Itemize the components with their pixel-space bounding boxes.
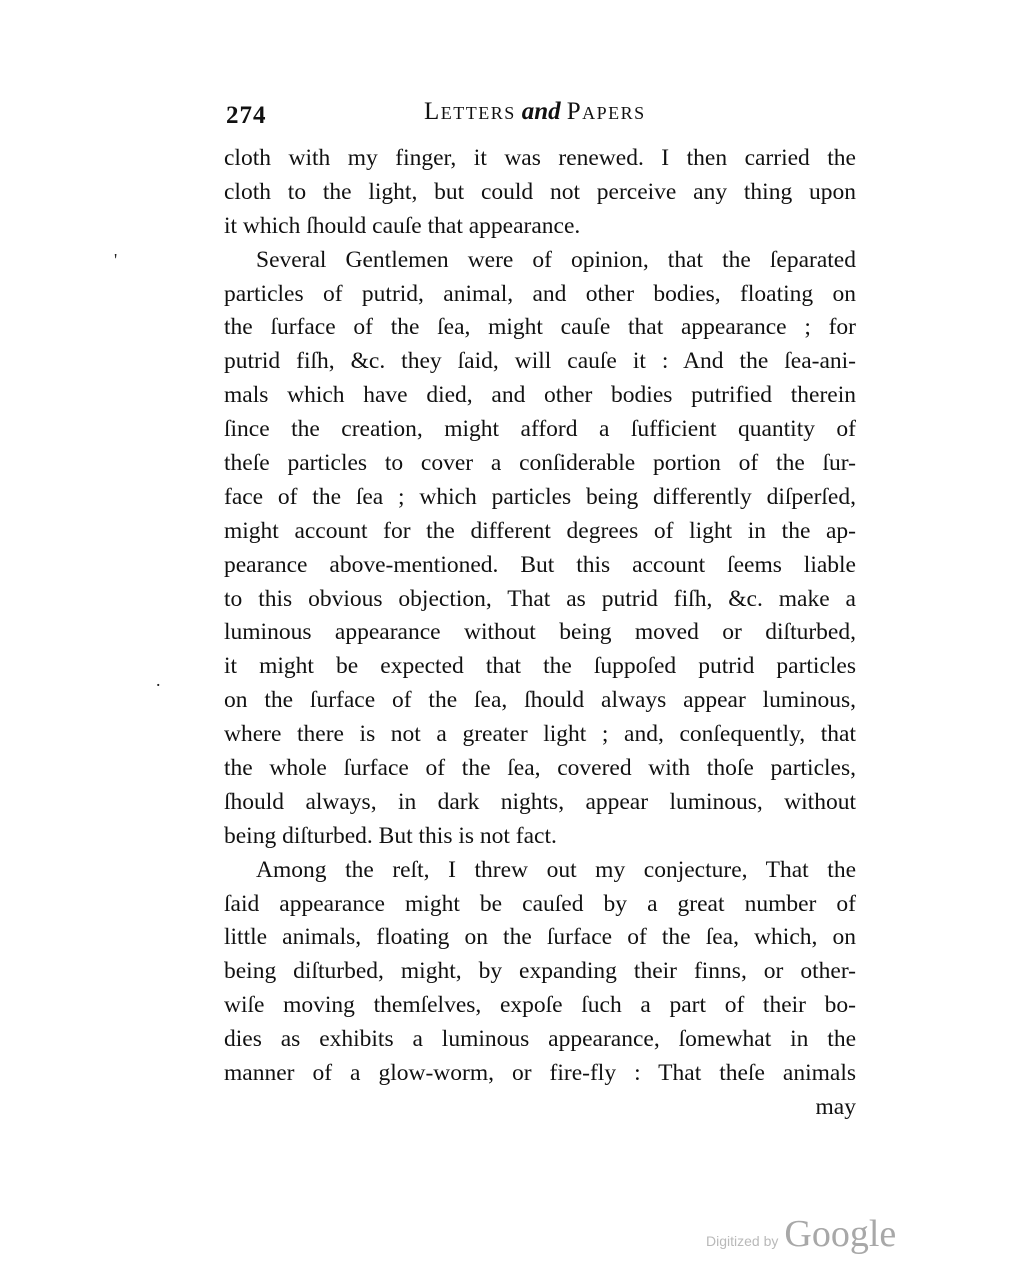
text-line: cloth to the light, but could not percei… [224,176,856,210]
text-line: dies as exhibits a luminous appearance, … [224,1023,856,1057]
page-number: 274 [226,102,267,130]
text-line: might account for the different degrees … [224,515,856,549]
running-head: 274 LettersandPapers [226,98,856,134]
running-title-part2: Papers [567,98,646,125]
text-line: ſaid appearance might be cauſed by a gre… [224,888,856,922]
text-line: the ſurface of the ſea, might cauſe that… [224,311,856,345]
text-line: being diſturbed. But this is not fact. [224,820,856,854]
margin-mark: ' [114,250,117,271]
text-line: ſhould always, in dark nights, appear lu… [224,786,856,820]
text-line: manner of a glow-worm, or fire-fly : Tha… [224,1057,856,1091]
text-line: Several Gentlemen were of opinion, that … [224,244,856,278]
running-title-part1: Letters [424,98,516,125]
paragraph-several-gentlemen: Several Gentlemen were of opinion, that … [224,244,856,854]
text-line: luminous appearance without being moved … [224,616,856,650]
google-logo-text: Google [784,1213,896,1255]
text-line: pearance above-mentioned. But this accou… [224,549,856,583]
text-line: mals which have died, and other bodies p… [224,379,856,413]
text-line: it which ſhould cauſe that appearance. [224,210,856,244]
text-line: it might be expected that the ſuppoſed p… [224,650,856,684]
text-line: little animals, floating on the ſurface … [224,921,856,955]
text-line: theſe particles to cover a conſiderable … [224,447,856,481]
scanned-book-page: 274 LettersandPapers ' . cloth with my f… [0,0,1014,1282]
text-line: putrid fiſh, &c. they ſaid, will cauſe i… [224,345,856,379]
digitized-by-google-watermark: Digitized by Google [706,1212,896,1256]
paragraph-continued: cloth with my finger, it was renewed. I … [224,142,856,244]
running-title-conjunction: and [522,98,561,125]
body-text: cloth with my finger, it was renewed. I … [224,142,856,1125]
text-line: cloth with my finger, it was renewed. I … [224,142,856,176]
watermark-prefix: Digitized by [706,1233,778,1249]
text-line: Among the reſt, I threw out my conjectur… [224,854,856,888]
text-line: wiſe moving themſelves, expoſe ſuch a pa… [224,989,856,1023]
text-line: being diſturbed, might, by expanding the… [224,955,856,989]
margin-mark: . [156,670,161,691]
text-line: where there is not a greater light ; and… [224,718,856,752]
paragraph-among-the-rest: Among the reſt, I threw out my conjectur… [224,854,856,1091]
running-title: LettersandPapers [424,98,646,126]
text-line: particles of putrid, animal, and other b… [224,278,856,312]
text-line: face of the ſea ; which particles being … [224,481,856,515]
text-line: ſince the creation, might afford a ſuffi… [224,413,856,447]
text-line: to this obvious objection, That as putri… [224,583,856,617]
text-line: on the ſurface of the ſea, ſhould always… [224,684,856,718]
text-line: the whole ſurface of the ſea, covered wi… [224,752,856,786]
catchword: may [224,1091,856,1125]
